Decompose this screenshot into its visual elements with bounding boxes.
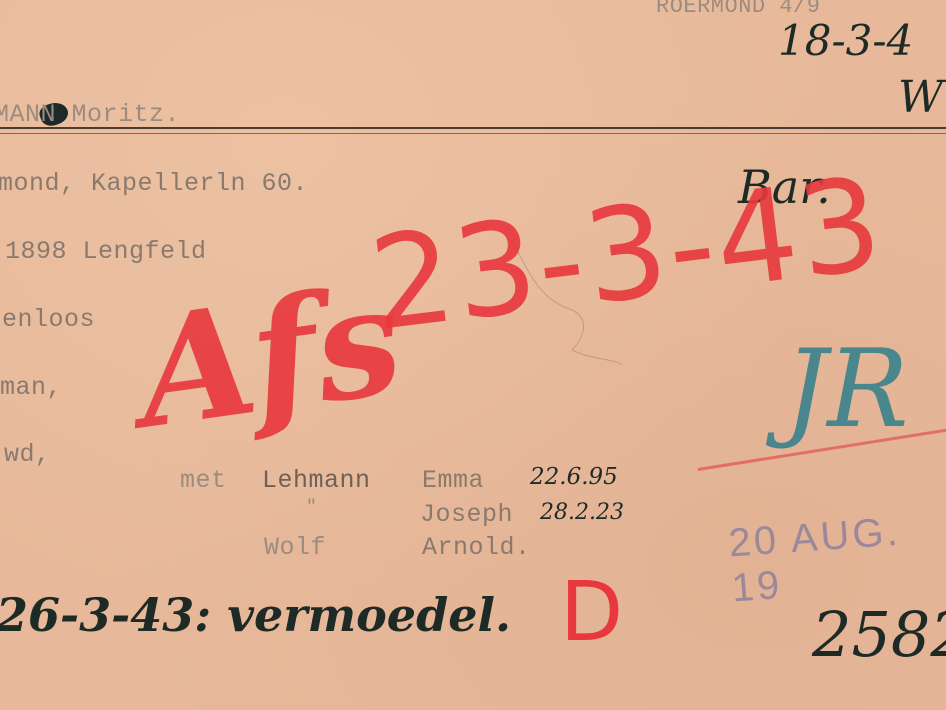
handwritten-bottom-note: 26-3-43: vermoedel. — [0, 588, 511, 642]
family-dob-2: 28.2.23 — [540, 500, 624, 525]
handwritten-date-top: 18-3-4 — [778, 16, 913, 65]
date-stamp: 20 AUG. 19 — [727, 507, 946, 612]
typed-occupation: man, — [0, 373, 62, 402]
family-dob-1: 22.6.95 — [530, 464, 618, 490]
handwritten-initial-top: W — [898, 72, 943, 123]
card-number: 2582 — [812, 604, 946, 666]
family-given-2: Joseph — [420, 500, 513, 529]
red-letter-d: D — [560, 572, 623, 654]
blue-initials: JR — [784, 336, 909, 444]
header-rule — [0, 127, 946, 129]
family-given-1: Emma — [422, 466, 484, 495]
red-date: 23-3-43 — [364, 160, 889, 350]
family-surname-1: Lehmann — [262, 466, 371, 495]
family-given-3: Arnold. — [422, 533, 531, 562]
header-rule-double — [0, 133, 946, 134]
family-surname-3: Wolf — [264, 533, 326, 562]
red-signature: Afs — [129, 264, 410, 449]
typed-birth: 1898 Lengfeld — [5, 237, 207, 266]
typed-name: MANN Moritz. — [0, 100, 180, 129]
typed-religion: enloos — [2, 305, 95, 334]
family-ditto: " — [306, 498, 317, 518]
family-prefix: met — [180, 466, 227, 495]
typed-status: wd, — [4, 440, 51, 469]
typed-address: mond, Kapellerln 60. — [0, 169, 308, 198]
index-card: ROERMOND 4/9 18-3-4 W MANN Moritz. mond,… — [0, 0, 946, 710]
